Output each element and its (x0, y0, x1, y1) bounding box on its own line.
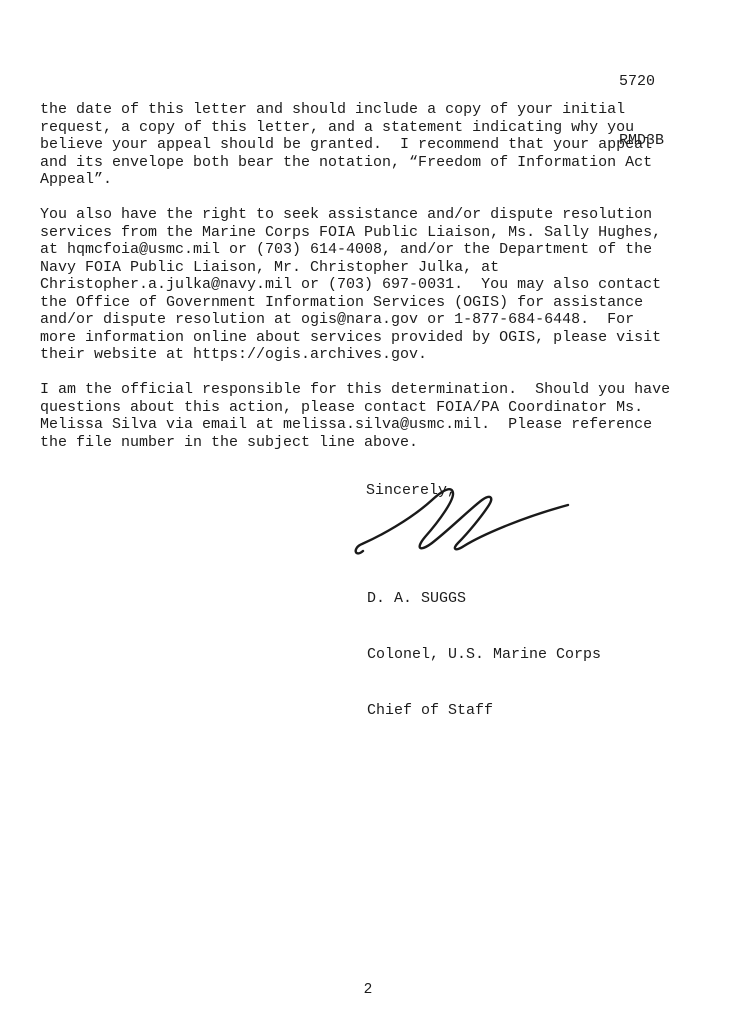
signer-rank: Colonel, U.S. Marine Corps (367, 646, 601, 665)
page-number: 2 (338, 982, 398, 1000)
letter-page: 5720 RMD3B the date of this letter and s… (0, 0, 754, 1024)
signature-block: D. A. SUGGS Colonel, U.S. Marine Corps C… (367, 553, 601, 758)
header-reference-number: 5720 (619, 72, 664, 92)
paragraph-responsible-official: I am the official responsible for this d… (40, 381, 720, 451)
signature-scrawl (340, 478, 580, 563)
letter-body: the date of this letter and should inclu… (40, 101, 720, 469)
paragraph-liaison-contacts: You also have the right to seek assistan… (40, 206, 720, 364)
signer-title: Chief of Staff (367, 702, 601, 721)
signer-name: D. A. SUGGS (367, 590, 601, 609)
paragraph-appeal-instructions: the date of this letter and should inclu… (40, 101, 720, 189)
